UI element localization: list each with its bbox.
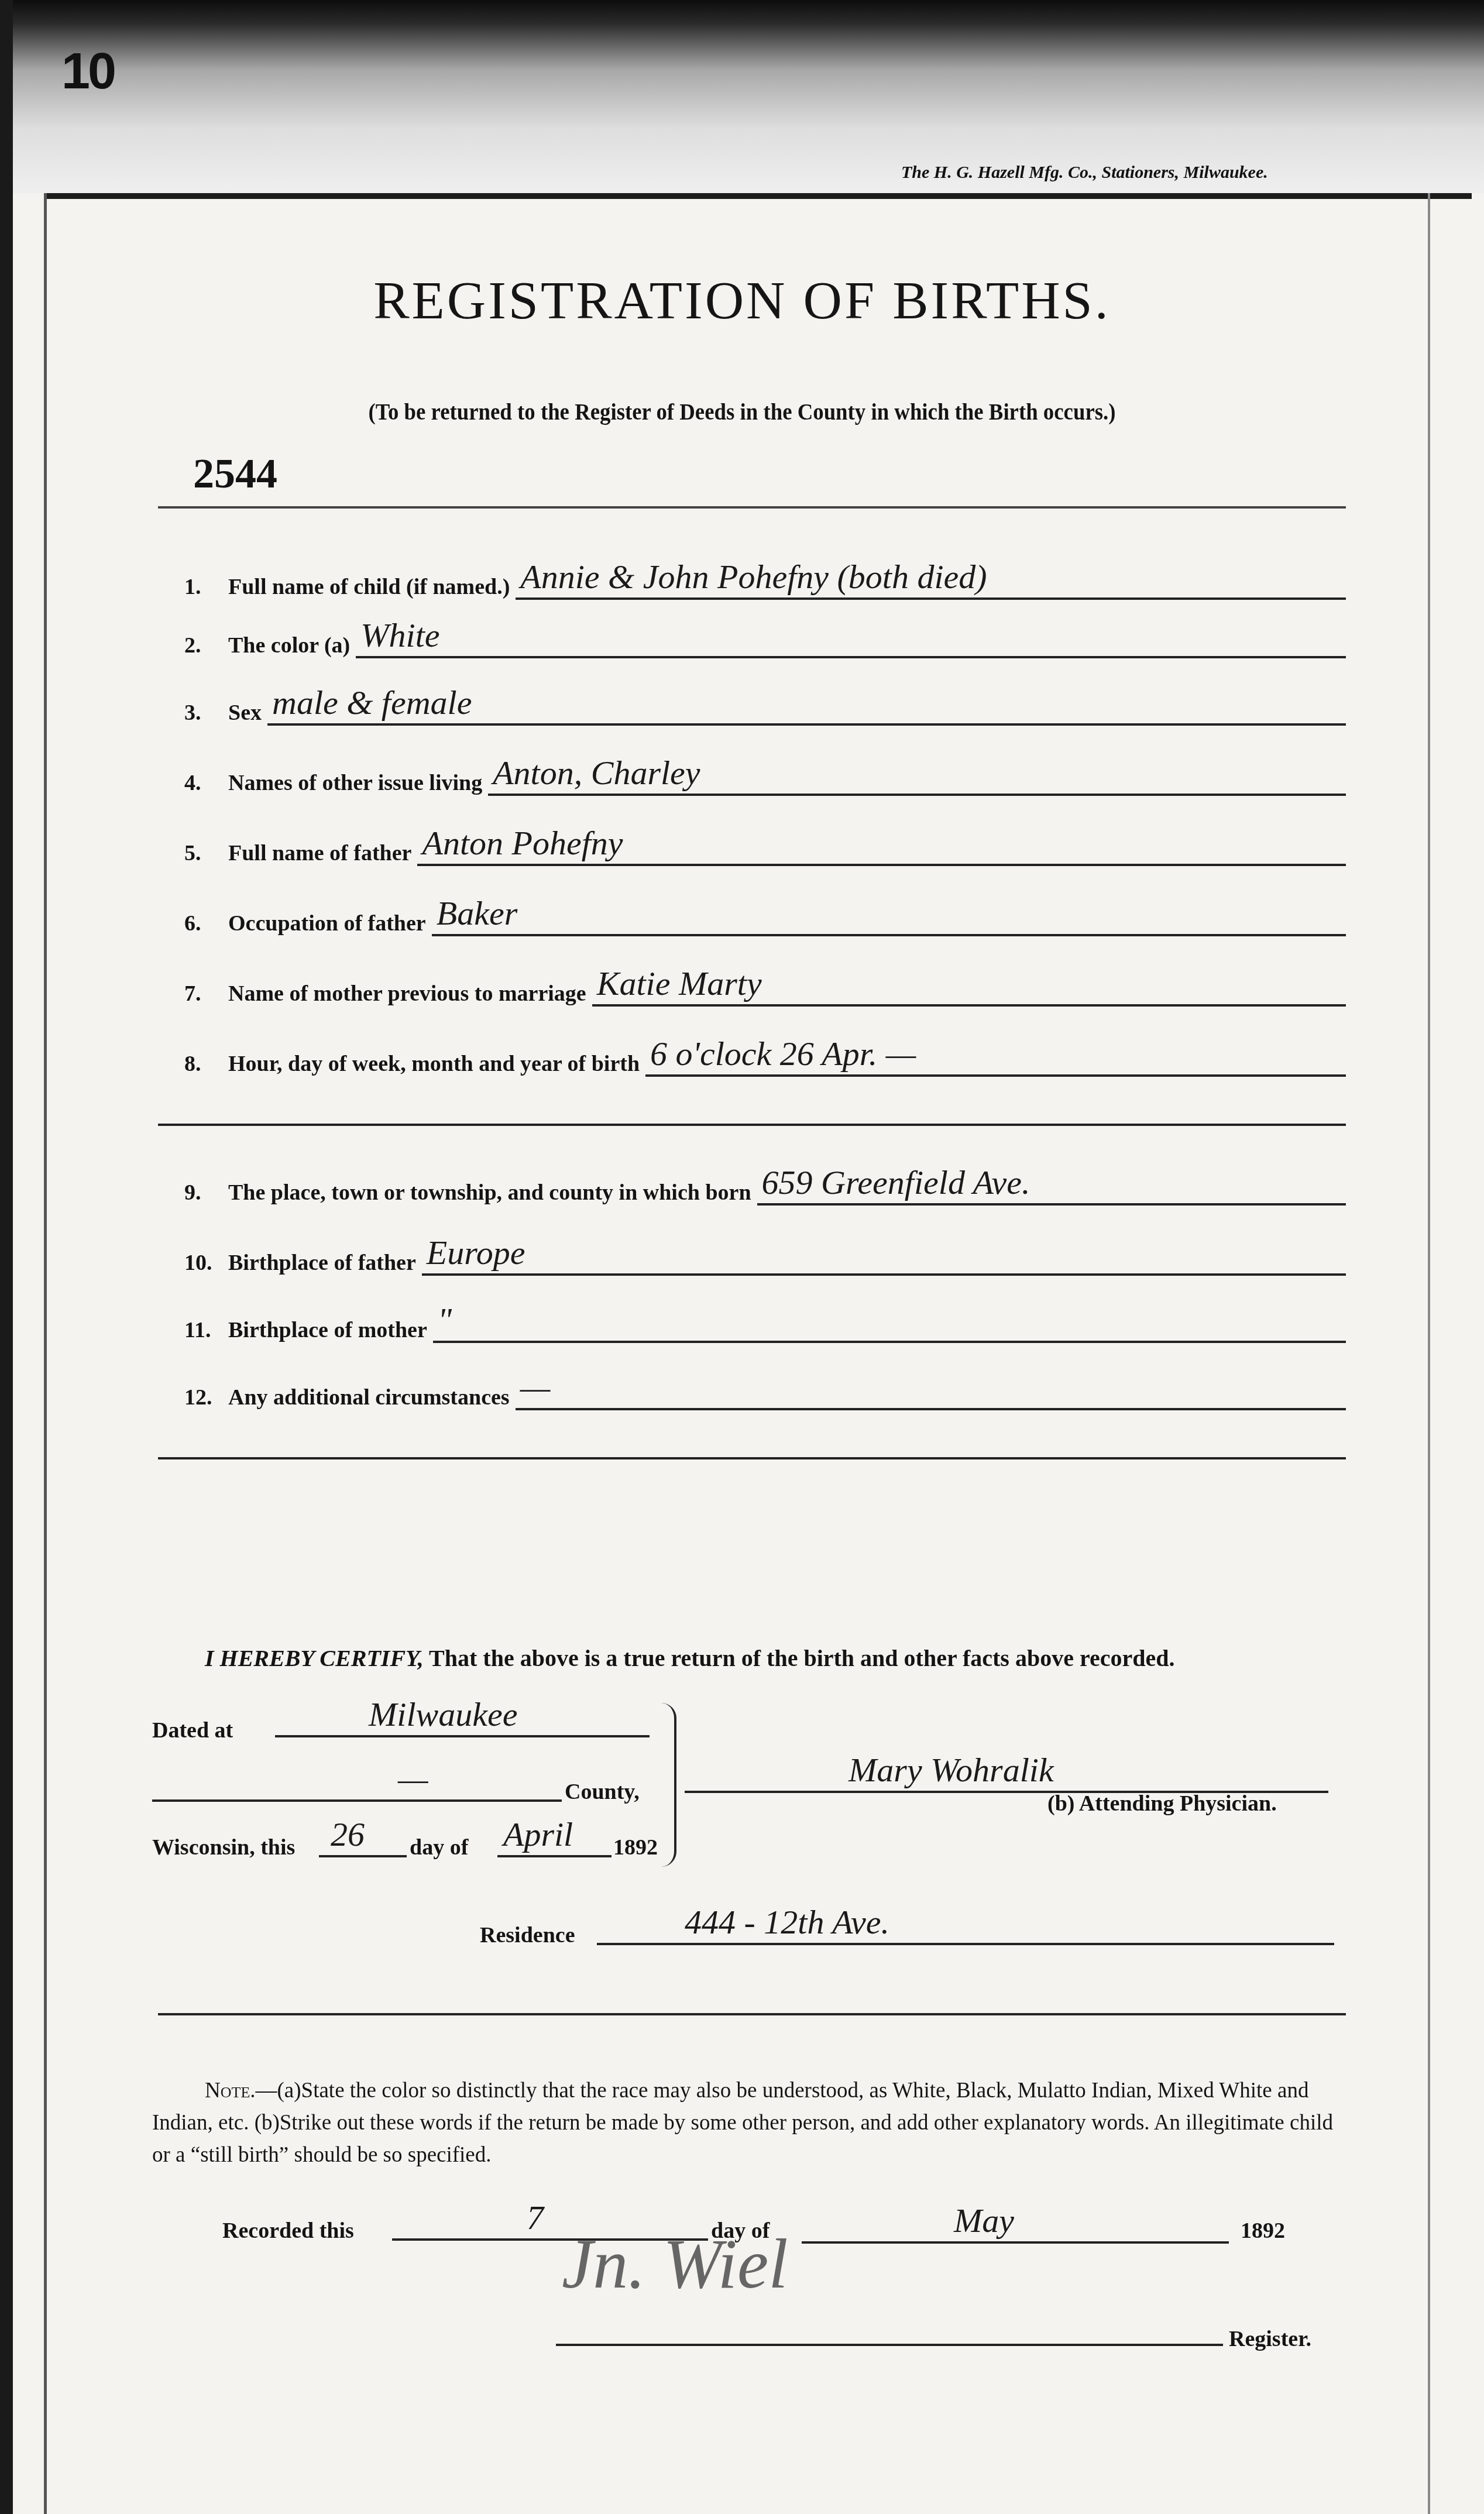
field-value: — (520, 1368, 551, 1407)
field-label: Name of mother previous to marriage (228, 981, 586, 1007)
certify-text: That the above is a true return of the b… (429, 1645, 1174, 1671)
register-signature-field[interactable] (556, 2309, 1223, 2346)
field-value: Anton Pohefny (422, 823, 623, 863)
recorded-day-value: 7 (527, 2198, 544, 2237)
field-value-line[interactable]: Katie Marty (592, 969, 1346, 1007)
field-value-line[interactable]: Baker (432, 899, 1346, 936)
field-row-birth-time: 8. Hour, day of week, month and year of … (184, 1036, 1346, 1077)
field-label: The place, town or township, and county … (228, 1180, 751, 1206)
county-value: — (398, 1759, 428, 1798)
note-lead: Note. (152, 2079, 256, 2103)
field-row-sex: 3. Sex male & female (184, 685, 1346, 726)
field-value-line[interactable]: Anton, Charley (488, 758, 1346, 796)
note-text: —(a)State the color so distinctly that t… (152, 2079, 1333, 2167)
field-label: Occupation of father (228, 911, 426, 936)
field-value-line[interactable]: Europe (422, 1238, 1346, 1276)
stationer-imprint: The H. G. Hazell Mfg. Co., Stationers, M… (901, 163, 1268, 183)
dated-at-label: Dated at (152, 1718, 233, 1743)
recorded-this-label: Recorded this (222, 2218, 354, 2244)
attending-physician-label: (b) Attending Physician. (1047, 1791, 1277, 1816)
certification-statement: I HEREBY CERTIFY, That the above is a tr… (205, 1644, 1174, 1672)
field-value-line[interactable]: White (356, 621, 1346, 658)
page-number: 10 (61, 41, 114, 101)
recorded-year-value: 1892 (1241, 2218, 1285, 2244)
field-row-father-occupation: 6. Occupation of father Baker (184, 895, 1346, 936)
field-row-color: 2. The color (a) White (184, 617, 1346, 658)
field-label: Names of other issue living (228, 770, 482, 796)
residence-label: Residence (480, 1922, 575, 1948)
field-label: Birthplace of mother (228, 1317, 427, 1343)
field-value-line[interactable]: — (516, 1373, 1346, 1410)
field-row-birth-place: 9. The place, town or township, and coun… (184, 1165, 1346, 1206)
field-value: 6 o'clock 26 Apr. — (650, 1034, 916, 1073)
register-label: Register. (1229, 2326, 1311, 2352)
right-border (1428, 193, 1430, 2514)
binding-edge (0, 0, 13, 2514)
field-value-line[interactable]: Annie & John Pohefny (both died) (516, 562, 1346, 600)
field-value: Baker (437, 894, 518, 933)
field-value-line[interactable]: 6 o'clock 26 Apr. — (645, 1039, 1346, 1077)
divider (158, 2013, 1346, 2015)
month-field[interactable]: April (497, 1820, 612, 1857)
registration-number: 2544 (193, 449, 277, 498)
field-value: Annie & John Pohefny (both died) (520, 557, 987, 596)
field-row-mother-birthplace: 11. Birthplace of mother " (184, 1302, 1346, 1343)
physician-signature-field[interactable]: Mary Wohralik (685, 1756, 1328, 1793)
field-row-other-issue: 4. Names of other issue living Anton, Ch… (184, 755, 1346, 796)
field-value-line[interactable]: male & female (267, 688, 1346, 726)
field-label: Full name of child (if named.) (228, 574, 510, 600)
field-row-mother-maiden-name: 7. Name of mother previous to marriage K… (184, 966, 1346, 1007)
divider (158, 506, 1346, 509)
form-subtitle: (To be returned to the Register of Deeds… (59, 398, 1424, 425)
field-row-additional-circumstances: 12. Any additional circumstances — (184, 1369, 1346, 1410)
bracket (661, 1703, 676, 1867)
month-value: April (503, 1815, 573, 1854)
certify-lead: I HEREBY CERTIFY, (205, 1645, 424, 1671)
residence-value: 444 - 12th Ave. (685, 1902, 889, 1942)
year-value: 1892 (613, 1835, 658, 1860)
field-value: " (438, 1300, 452, 1340)
field-value: White (360, 616, 439, 655)
form-title: REGISTRATION OF BIRTHS. (0, 269, 1484, 331)
day-field[interactable]: 26 (319, 1820, 407, 1857)
field-value: Katie Marty (597, 964, 762, 1003)
field-label: Full name of father (228, 840, 411, 866)
field-value: male & female (272, 683, 472, 722)
day-value: 26 (331, 1815, 365, 1854)
header-rule (44, 193, 1472, 199)
wisconsin-this-label: Wisconsin, this (152, 1835, 295, 1860)
dated-at-value: Milwaukee (369, 1695, 517, 1734)
dated-at-field[interactable]: Milwaukee (275, 1700, 650, 1737)
field-value: Anton, Charley (493, 753, 700, 792)
left-border (44, 193, 47, 2514)
form-note: Note.—(a)State the color so distinctly t… (152, 2075, 1346, 2171)
field-value-line[interactable]: " (433, 1306, 1346, 1343)
field-label: Hour, day of week, month and year of bir… (228, 1051, 640, 1077)
county-label: County, (565, 1779, 640, 1805)
field-value: Europe (427, 1233, 525, 1272)
field-row-father-name: 5. Full name of father Anton Pohefny (184, 825, 1346, 866)
field-value: 659 Greenfield Ave. (762, 1163, 1030, 1202)
field-label: Birthplace of father (228, 1250, 416, 1276)
register-signature: Jn. Wiel (562, 2224, 788, 2304)
field-value-line[interactable]: 659 Greenfield Ave. (757, 1168, 1346, 1206)
field-row-child-name: 1. Full name of child (if named.) Annie … (184, 559, 1346, 600)
day-of-label: day of (410, 1835, 468, 1860)
continuation-line (158, 1124, 1346, 1126)
field-label: Sex (228, 700, 262, 726)
field-value-line[interactable]: Anton Pohefny (417, 829, 1346, 866)
county-field[interactable]: — (152, 1764, 562, 1802)
field-label: Any additional circumstances (228, 1385, 510, 1410)
field-label: The color (a) (228, 633, 350, 658)
physician-signature: Mary Wohralik (849, 1750, 1054, 1790)
recorded-month-field[interactable]: May (802, 2206, 1229, 2244)
recorded-month-value: May (954, 2201, 1014, 2240)
residence-field[interactable]: 444 - 12th Ave. (597, 1908, 1334, 1945)
field-row-father-birthplace: 10. Birthplace of father Europe (184, 1235, 1346, 1276)
continuation-line (158, 1457, 1346, 1459)
